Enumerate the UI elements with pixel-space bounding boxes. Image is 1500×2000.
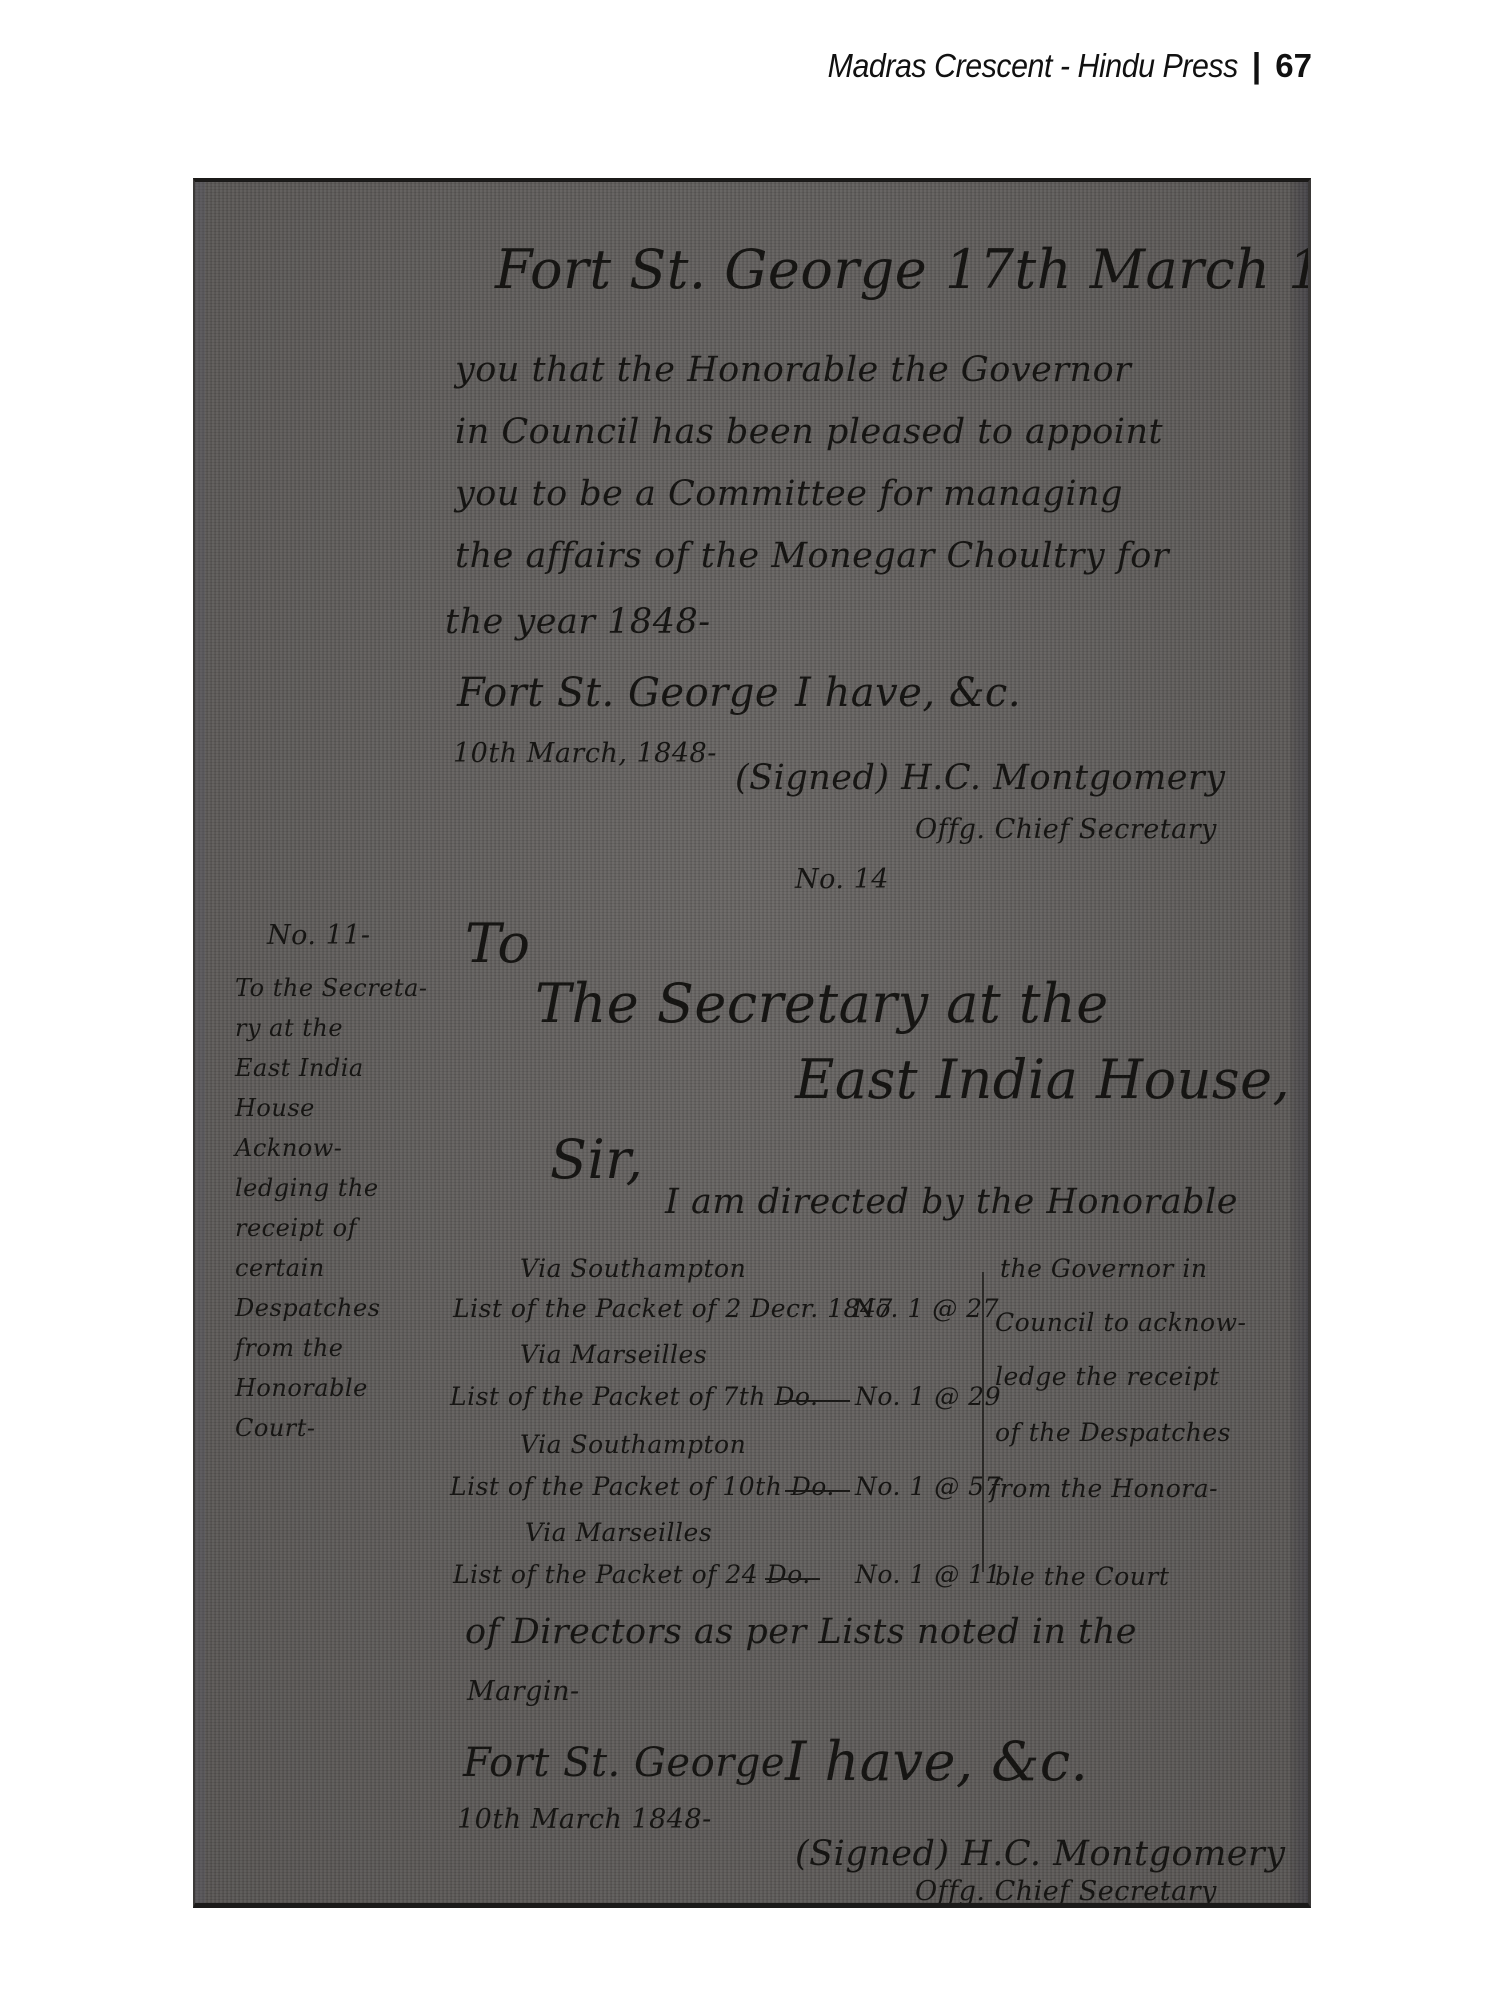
letter1-line-2: in Council has been pleased to appoint [455, 412, 1163, 452]
packet-1-number: No. 1 @ 27 [853, 1294, 999, 1323]
letter1-closing: I have, &c. [795, 670, 1021, 716]
packet-3-leader [785, 1490, 850, 1492]
right-col-line-4: of the Despatches [995, 1418, 1231, 1447]
book-title: Madras Crescent - Hindu Press [828, 47, 1238, 85]
letter2-addressee-1: The Secretary at the [535, 972, 1109, 1035]
letter2-continuation-2: Margin- [467, 1676, 580, 1707]
margin-number: No. 11- [267, 920, 371, 951]
packet-2-leader [780, 1400, 850, 1402]
letter1-line-1: you that the Honorable the Governor [455, 350, 1131, 390]
packet-4-route: Via Marseilles [525, 1518, 712, 1547]
letter2-opening: I am directed by the Honorable [665, 1182, 1238, 1222]
letter2-place: Fort St. George [463, 1740, 785, 1786]
packet-2-route: Via Marseilles [520, 1340, 707, 1369]
letter2-closing: I have, &c. [785, 1730, 1088, 1793]
packet-1-route: Via Southampton [520, 1254, 746, 1283]
letter1-number: No. 14 [795, 864, 889, 895]
packet-4-entry: List of the Packet of 24 Do. [453, 1560, 811, 1589]
right-col-line-2: Council to acknow- [995, 1308, 1246, 1337]
letter2-title: Offg. Chief Secretary [915, 1876, 1217, 1907]
packet-4-number: No. 1 @ 11 [855, 1560, 1001, 1589]
right-col-line-3: ledge the receipt [995, 1362, 1220, 1391]
packet-2-entry: List of the Packet of 7th Do. [450, 1382, 818, 1411]
packet-3-number: No. 1 @ 57 [855, 1472, 1001, 1501]
letter1-title: Offg. Chief Secretary [915, 814, 1217, 845]
letter1-line-3: you to be a Committee for managing [455, 474, 1123, 514]
manuscript-facsimile: Fort St. George 17th March 1848- you tha… [193, 178, 1311, 1908]
packet-1-entry: List of the Packet of 2 Decr. 1847 [453, 1294, 893, 1323]
letter2-addressee-2: East India House, [795, 1048, 1290, 1111]
running-head: Madras Crescent - Hindu Press | 67 [792, 44, 1312, 88]
page-number: 67 [1275, 47, 1312, 85]
letter1-place: Fort St. George [457, 670, 779, 716]
right-col-line-5: from the Honora- [990, 1474, 1218, 1503]
letter1-line-5: the year 1848- [445, 602, 711, 642]
letter1-date: 10th March, 1848- [453, 738, 717, 769]
letter1-line-4: the affairs of the Monegar Choultry for [455, 536, 1169, 576]
right-col-line-1: the Governor in [1000, 1254, 1207, 1283]
margin-note: To the Secreta- ry at the East India Hou… [235, 968, 427, 1448]
header-separator: | [1252, 47, 1262, 86]
column-divider [982, 1272, 984, 1572]
letter2-to: To [465, 912, 530, 975]
letter1-heading: Fort St. George 17th March 1848- [495, 238, 1311, 301]
letter2-signature: (Signed) H.C. Montgomery [795, 1834, 1286, 1874]
packet-4-leader [765, 1578, 820, 1580]
scan-edge-right [1290, 182, 1308, 1903]
letter1-signature: (Signed) H.C. Montgomery [735, 758, 1226, 798]
packet-3-route: Via Southampton [520, 1430, 746, 1459]
right-col-line-6: ble the Court [995, 1562, 1169, 1591]
letter2-continuation-1: of Directors as per Lists noted in the [465, 1612, 1137, 1652]
scan-edge-left [195, 182, 205, 1903]
packet-3-entry: List of the Packet of 10th Do. [450, 1472, 835, 1501]
letter2-date: 10th March 1848- [457, 1804, 712, 1835]
packet-2-number: No. 1 @ 29 [855, 1382, 1001, 1411]
letter2-salutation: Sir, [550, 1128, 643, 1191]
